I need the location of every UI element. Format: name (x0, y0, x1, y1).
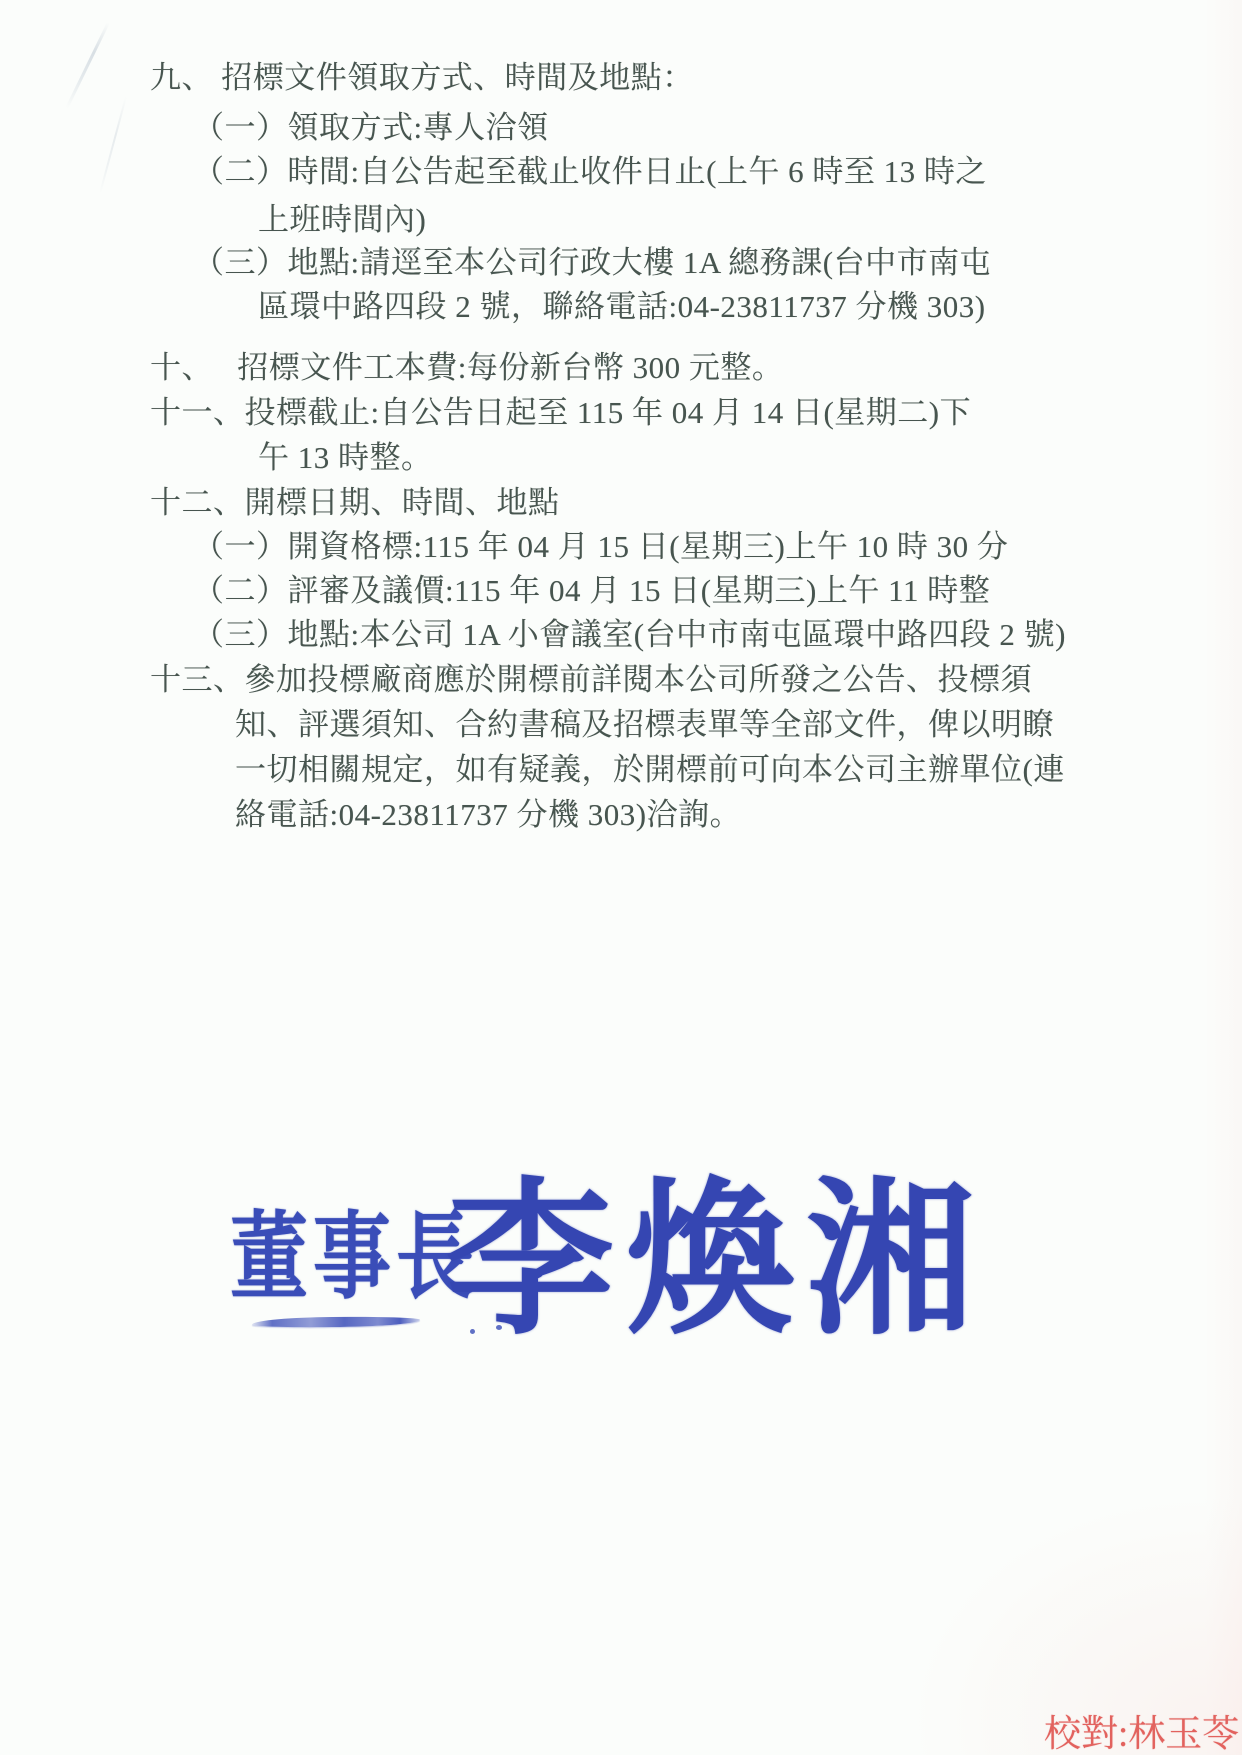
doc-line-9-sub3: （三）地點:請逕至本公司行政大樓 1A 總務課(台中市南屯 (193, 243, 991, 283)
signature-underline-smudge (252, 1316, 420, 1328)
doc-line-item-11: 十一、投標截止:自公告日起至 115 年 04 月 14 日(星期二)下 (150, 393, 971, 433)
doc-line-item-12-heading: 十二、開標日期、時間、地點 (150, 483, 560, 523)
doc-line-9-sub3-cont: 區環中路四段 2 號，聯絡電話:04-23811737 分機 303) (258, 287, 986, 327)
chairman-name-signature-stamp: 李煥湘 (446, 1126, 986, 1367)
doc-line-item-13: 十三、參加投標廠商應於開標前詳閱本公司所發之公告、投標須 (150, 660, 1032, 700)
doc-line-12-sub2: （二）評審及議價:115 年 04 月 15 日(星期三)上午 11 時整 (193, 571, 990, 611)
paper-crease-mark (99, 96, 127, 193)
doc-line-item-9-heading: 九、 招標文件領取方式、時間及地點： (150, 58, 694, 98)
proofreader-stamp: 校對:林玉苓 (1044, 1703, 1239, 1755)
paper-crease-mark (65, 22, 109, 109)
scanned-document-page: 九、 招標文件領取方式、時間及地點： （一）領取方式:專人洽領 （二）時間:自公… (0, 0, 1242, 1755)
doc-line-12-sub3: （三）地點:本公司 1A 小會議室(台中市南屯區環中路四段 2 號) (193, 615, 1066, 655)
doc-line-9-sub2: （二）時間:自公告起至截止收件日止(上午 6 時至 13 時之 (193, 152, 987, 192)
doc-line-item-10: 十、 招標文件工本費:每份新台幣 300 元整。 (150, 348, 783, 388)
chairman-title-stamp: 董事長 (230, 1181, 479, 1318)
doc-line-item-13-cont3: 絡電話:04-23811737 分機 303)洽詢。 (235, 795, 741, 835)
doc-line-9-sub1: （一）領取方式:專人洽領 (193, 108, 549, 148)
doc-line-item-13-cont1: 知、評選須知、合約書稿及招標表單等全部文件，俾以明瞭 (235, 705, 1054, 745)
doc-line-item-11-cont: 午 13 時整。 (258, 438, 433, 478)
doc-line-12-sub1: （一）開資格標:115 年 04 月 15 日(星期三)上午 10 時 30 分 (193, 527, 1008, 567)
doc-line-9-sub2-cont: 上班時間內) (258, 200, 426, 240)
doc-line-item-13-cont2: 一切相關規定，如有疑義，於開標前可向本公司主辦單位(連 (235, 750, 1065, 790)
